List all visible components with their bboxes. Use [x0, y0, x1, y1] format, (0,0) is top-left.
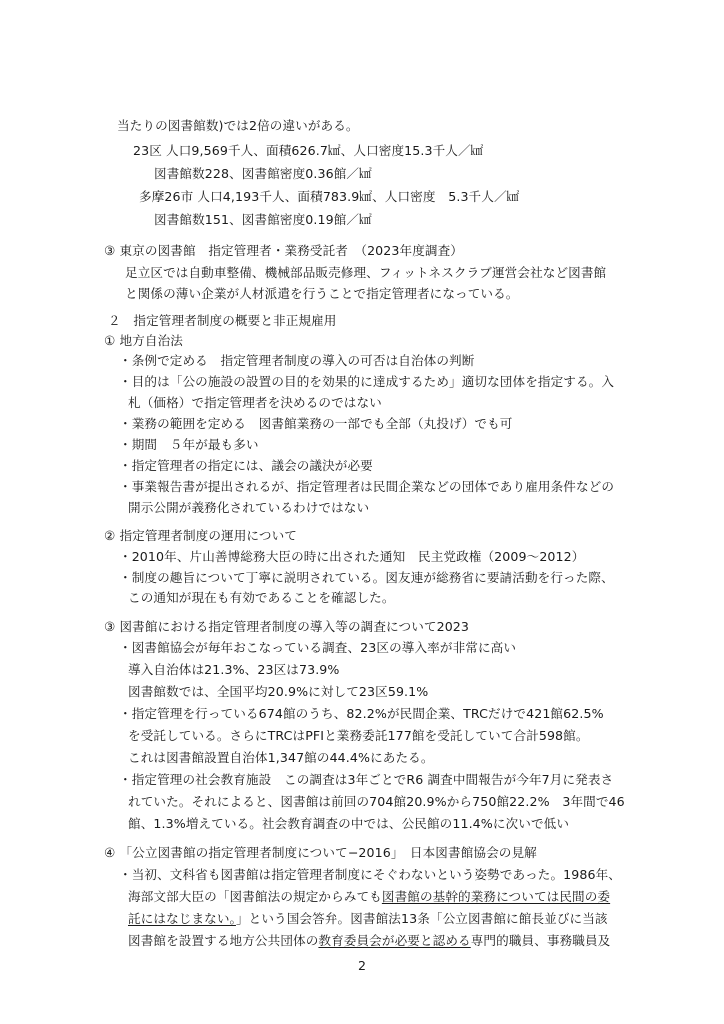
list-item-continued: を受託している。さらにTRCはPFIと業務委託177館を受託していて合計598館… — [128, 728, 589, 744]
subsection-heading: ① 地方自治法 — [104, 333, 183, 349]
list-item: ・目的は「公の施設の設置の目的を効果的に達成するため」適切な団体を指定する。入 — [119, 374, 614, 390]
subsection-heading: ② 指定管理者制度の運用について — [104, 528, 297, 544]
list-item-continued: 海部文部大臣の「図書館法の規定からみても図書館の基幹的業務については民間の委 — [128, 889, 610, 905]
list-item: ・指定管理を行っている674館のうち、82.2%が民間企業、TRCだけで421館… — [119, 706, 604, 722]
list-item: ・図書館協会が毎年おこなっている調査、23区の導入率が非常に高い — [119, 640, 516, 656]
section-heading-tokyo: ③ 東京の図書館 指定管理者・業務受託者 （2023年度調査） — [104, 243, 463, 259]
list-item: ・業務の範囲を定める 図書館業務の一部でも全部（丸投げ）でも可 — [119, 416, 513, 432]
chapter-heading: ２ 指定管理者制度の概要と非正規雇用 — [108, 313, 337, 329]
list-item-continued: これは図書館設置自治体1,347館の44.4%にあたる。 — [128, 750, 434, 766]
list-item-continued: 図書館を設置する地方公共団体の教育委員会が必要と認める専門的職員、事務職員及 — [128, 933, 610, 949]
subsection-heading: ③ 図書館における指定管理者制度の導入等の調査について2023 — [104, 619, 469, 635]
list-item-continued: 託にはなじまない。」という国会答弁。図書館法13条「公立図書館に館長並びに当該 — [128, 911, 608, 927]
list-item: ・指定管理の社会教育施設 この調査は3年ごとでR6 調査中間報告が今年7月に発表… — [119, 772, 613, 788]
list-item: ・制度の趣旨について丁寧に説明されている。図友連が総務省に要請活動を行った際、 — [119, 570, 614, 586]
list-item-continued: 導入自治体は21.3%、23区は73.9% — [128, 662, 339, 678]
list-item-continued: 図書館数では、全国平均20.9%に対して23区59.1% — [128, 684, 428, 700]
list-item: ・期間 ５年が最も多い — [119, 437, 259, 453]
underlined-quote: 託にはなじまない。 — [128, 911, 236, 926]
ku23-library-stats: 図書館数228、図書館密度0.36館／㎢ — [154, 166, 372, 182]
tama-stats: 多摩26市 人口4,193千人、面積783.9㎢、人口密度 5.3千人／㎢ — [139, 189, 519, 205]
list-item: ・事業報告書が提出されるが、指定管理者は民間企業などの団体であり雇用条件などの — [119, 479, 614, 495]
text-span: 専門的職員、事務職員及 — [471, 933, 611, 948]
underlined-phrase: 教育委員会が必要と認める — [318, 933, 470, 948]
list-item-continued: 開示公開が義務化されているわけではない — [128, 500, 369, 516]
page-number: 2 — [0, 958, 724, 973]
text-span: 図書館を設置する地方公共団体の — [128, 933, 318, 948]
list-item: ・指定管理者の指定には、議会の議決が必要 — [119, 458, 373, 474]
text-span: 海部文部大臣の「図書館法の規定からみても — [128, 889, 382, 904]
list-item: ・条例で定める 指定管理者制度の導入の可否は自治体の判断 — [119, 353, 474, 369]
tama-library-stats: 図書館数151、図書館密度0.19館／㎢ — [154, 212, 372, 228]
paragraph: 足立区では自動車整備、機械部品販売修理、フィットネスクラブ運営会社など図書館 — [125, 265, 606, 281]
list-item-continued: れていた。それによると、図書館は前回の704館20.9%から750館22.2% … — [128, 794, 625, 810]
subsection-heading: ④ 「公立図書館の指定管理者制度について−2016」 日本図書館協会の見解 — [104, 845, 537, 861]
list-item-continued: この通知が現在も有効であることを確認した。 — [128, 590, 395, 606]
paragraph: と関係の薄い企業が人材派遣を行うことで指定管理者になっている。 — [125, 286, 519, 302]
list-item: ・2010年、片山善博総務大臣の時に出された通知 民主党政権（2009〜2012… — [119, 549, 584, 565]
list-item: ・当初、文科省も図書館は指定管理者制度にそぐわないという姿勢であった。1986年… — [119, 867, 621, 883]
text-span: 」という国会答弁。図書館法13条「公立図書館に館長並びに当該 — [236, 911, 608, 926]
ku23-stats: 23区 人口9,569千人、面積626.7㎢、人口密度15.3千人／㎢ — [133, 143, 483, 159]
underlined-quote: 図書館の基幹的業務については民間の委 — [382, 889, 610, 904]
intro-line: 当たりの図書館数)では2倍の違いがある。 — [117, 118, 359, 134]
list-item-continued: 札（価格）で指定管理者を決めるのではない — [128, 395, 382, 411]
list-item-continued: 館、1.3%増えている。社会教育調査の中では、公民館の11.4%に次いで低い — [128, 816, 569, 832]
